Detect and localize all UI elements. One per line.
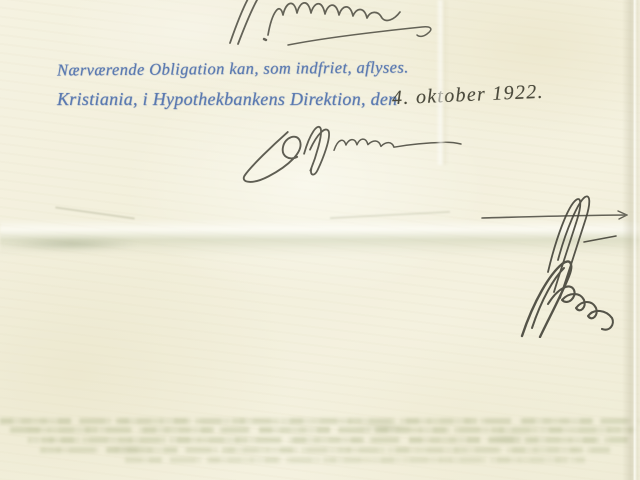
fold-crease-shadow: [0, 236, 156, 252]
document-scan: Nærværende Obligation kan, som indfriet,…: [0, 0, 640, 480]
showthrough-blob: [100, 444, 160, 455]
signature-right-strokes: [492, 186, 637, 338]
showthrough-blob: [350, 422, 420, 434]
showthrough-blob: [480, 434, 535, 444]
paper-edge-seam: [622, 0, 640, 480]
showthrough-line: [10, 427, 635, 433]
signature-director: [229, 111, 465, 185]
signature-top: [168, 0, 458, 50]
signature-top-strokes: [168, 0, 458, 50]
showthrough-line: [0, 418, 640, 424]
place-direction-line: Kristiania, i Hypothekbankens Direktion,…: [57, 89, 397, 110]
signature-right: [492, 186, 637, 338]
redemption-note-line: Nærværende Obligation kan, som indfriet,…: [57, 57, 409, 80]
vertical-crease: [436, 0, 448, 165]
showthrough-line: [125, 457, 585, 463]
showthrough-line: [28, 437, 628, 443]
signature-director-strokes: [229, 111, 465, 185]
